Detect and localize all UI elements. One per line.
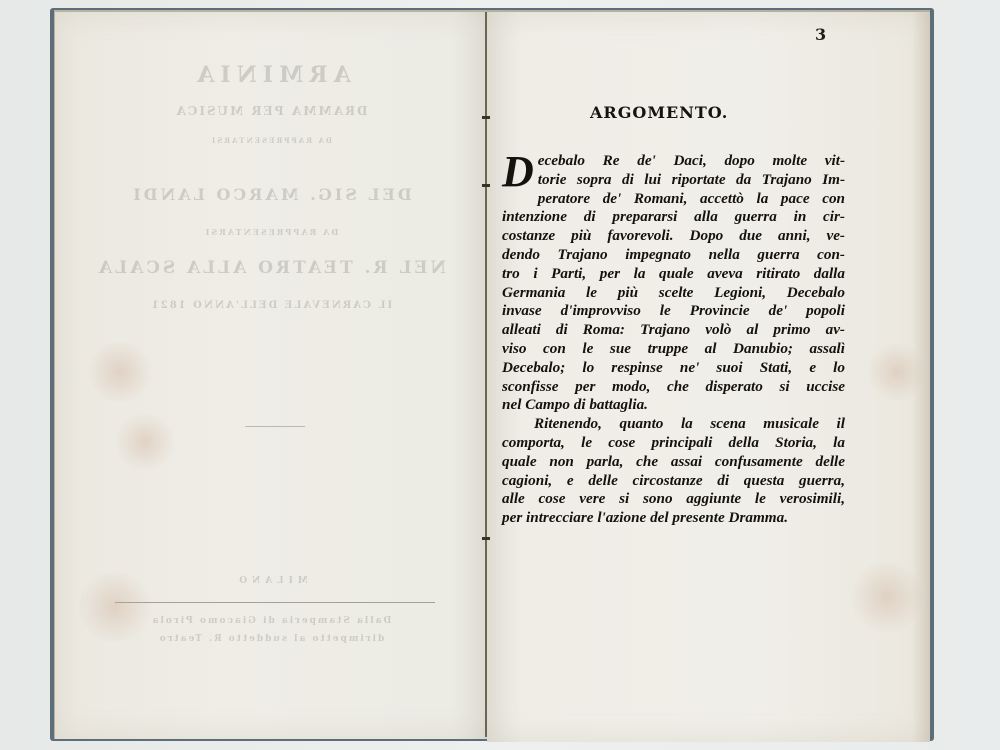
argomento-body: D ecebalo Re de' Daci, dopo molte vit- t… <box>502 152 845 528</box>
bleed-through-title: ARMINIA <box>55 62 487 88</box>
text-line: per intrecciare l'azione del presente Dr… <box>502 509 845 528</box>
page-number: 3 <box>815 25 826 44</box>
drop-cap: D <box>502 154 534 190</box>
bleed-through-line: DA RAPPRESENTARSI <box>55 227 487 237</box>
bleed-through-rule <box>115 602 435 603</box>
text-line: peratore de' Romani, accettò la pace con <box>502 190 845 209</box>
text-line: cagioni, e delle circostanze di questa g… <box>502 472 845 491</box>
bleed-through-line: NEL R. TEATRO ALLA SCALA <box>55 258 487 278</box>
binding-stitch <box>482 184 490 187</box>
bleed-through-line: DRAMMA PER MUSICA <box>55 104 487 118</box>
text-line: alleati di Roma: Trajano volò al primo a… <box>502 321 845 340</box>
paragraph-2: Ritenendo, quanto la scena musicale il c… <box>502 415 845 528</box>
text-line: quale non parla, che assai confusamente … <box>502 453 845 472</box>
text-line: tro i Parti, per la quale aveva ritirato… <box>502 265 845 284</box>
text-line: alle cose vere si sono aggiunte le veros… <box>502 490 845 509</box>
text-line: torie sopra di lui riportate da Trajano … <box>502 171 845 190</box>
foxing-stain <box>847 562 927 632</box>
foxing-stain <box>85 342 155 402</box>
text-line: viso con le sue truppe al Danubio; assal… <box>502 340 845 359</box>
bleed-through-line: DEL SIG. MARCO LANDI <box>55 185 487 204</box>
text-line: invase d'improvviso le Provincie de' pop… <box>502 302 845 321</box>
text-line: Germania le più scelte Legioni, Decebalo <box>502 284 845 303</box>
book-gutter <box>485 12 487 737</box>
binding-stitch <box>482 116 490 119</box>
text-line: sconfisse per modo, che disperato si ucc… <box>502 378 845 397</box>
text-line: Ritenendo, quanto la scena musicale il <box>502 415 845 434</box>
text-line: intenzione di prepararsi alla guerra in … <box>502 208 845 227</box>
text-line: ecebalo Re de' Daci, dopo molte vit- <box>502 152 845 171</box>
foxing-stain <box>867 342 927 402</box>
binding-stitch <box>482 537 490 540</box>
text-line: Decebalo; lo respinse ne' suoi Stati, e … <box>502 359 845 378</box>
paragraph-1: D ecebalo Re de' Daci, dopo molte vit- t… <box>502 152 845 415</box>
page-heading: ARGOMENTO. <box>590 103 728 122</box>
foxing-stain <box>75 572 155 642</box>
text-line: costanze più favorevoli. Dopo due anni, … <box>502 227 845 246</box>
text-line: comporta, le cose principali della Stori… <box>502 434 845 453</box>
foxing-stain <box>115 412 175 472</box>
text-line: nel Campo di battaglia. <box>502 396 845 415</box>
bleed-through-rule <box>245 426 305 427</box>
text-line: dendo Trajano impegnato nella guerra con… <box>502 246 845 265</box>
bleed-through-line: DA RAPPRESENTARSI <box>55 136 487 145</box>
bleed-through-line: IL CARNEVALE DELL'ANNO 1821 <box>55 300 487 311</box>
left-page: ARMINIA DRAMMA PER MUSICA DA RAPPRESENTA… <box>54 10 487 739</box>
